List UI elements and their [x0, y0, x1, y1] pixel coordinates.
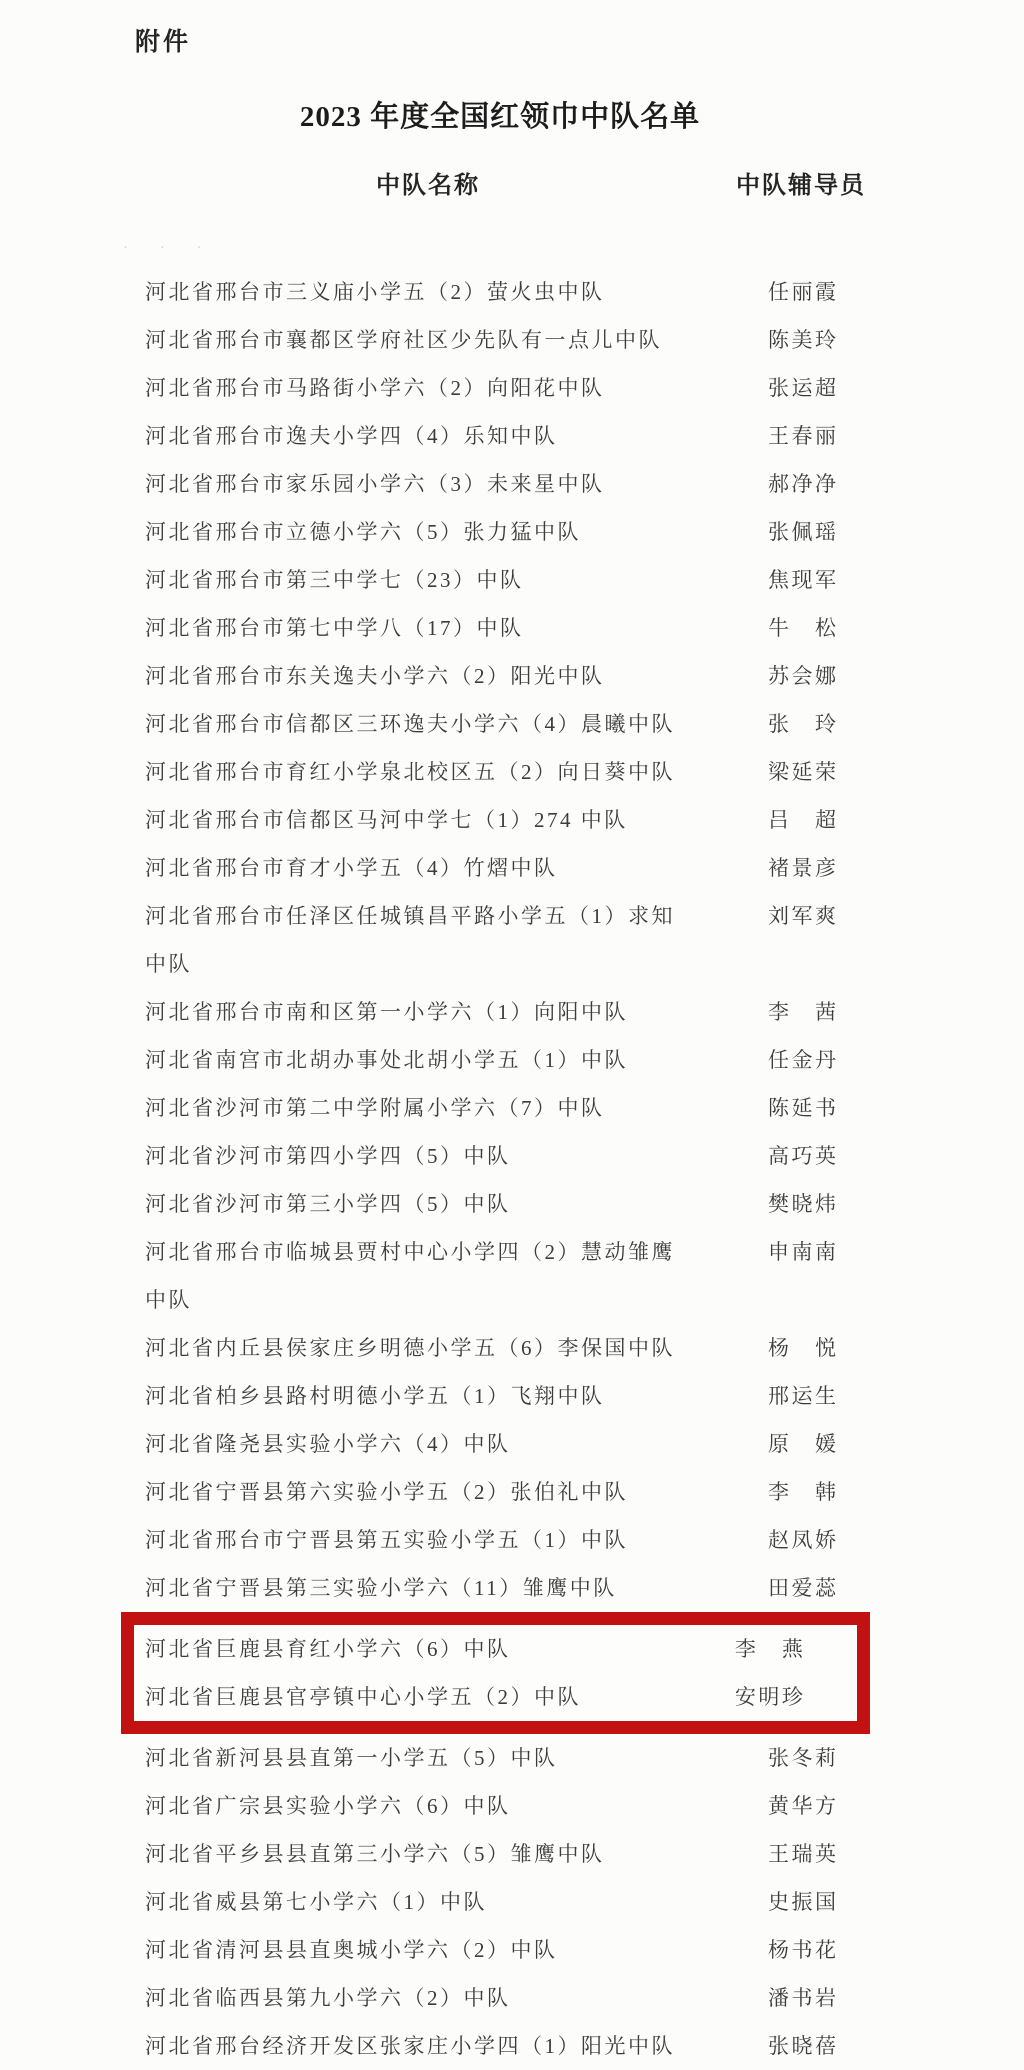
squad-name-cell: 河北省邢台经济开发区张家庄小学四（1）阳光中队	[145, 2022, 690, 2070]
counselor-name-cell: 申南南	[768, 1228, 898, 1276]
table-row: 河北省宁晋县第三实验小学六（11）雏鹰中队田爱蕊	[0, 1564, 1024, 1612]
squad-name-cell: 河北省南宫市北胡办事处北胡小学五（1）中队	[145, 1036, 690, 1084]
counselor-name-cell: 潘书岩	[768, 1974, 898, 2022]
table-row: 河北省邢台市立德小学六（5）张力猛中队张佩瑶	[0, 508, 1024, 556]
table-row: 河北省沙河市第二中学附属小学六（7）中队陈延书	[0, 1084, 1024, 1132]
counselor-name-cell: 李 韩	[768, 1468, 898, 1516]
table-row: 河北省邢台市南和区第一小学六（1）向阳中队李 茜	[0, 988, 1024, 1036]
squad-name-cell: 河北省广宗县实验小学六（6）中队	[145, 1782, 690, 1830]
squad-name-cell: 河北省平乡县县直第三小学六（5）雏鹰中队	[145, 1830, 690, 1878]
table-row: 河北省隆尧县实验小学六（4）中队原 媛	[0, 1420, 1024, 1468]
squad-name-cell: 河北省邢台市信都区三环逸夫小学六（4）晨曦中队	[145, 700, 690, 748]
table-row: 河北省新河县县直第一小学五（5）中队张冬莉	[0, 1734, 1024, 1782]
counselor-name-cell: 张冬莉	[768, 1734, 898, 1782]
counselor-name-cell: 郝净净	[768, 460, 898, 508]
squad-name-cell: 河北省沙河市第二中学附属小学六（7）中队	[145, 1084, 690, 1132]
table-row: 河北省邢台市宁晋县第五实验小学五（1）中队赵凤娇	[0, 1516, 1024, 1564]
table-row: 河北省邢台市三义庙小学五（2）萤火虫中队任丽霞	[0, 268, 1024, 316]
counselor-name-cell: 李 茜	[768, 988, 898, 1036]
squad-name-cell: 河北省巨鹿县官亭镇中心小学五（2）中队	[145, 1673, 657, 1721]
table-row: 河北省沙河市第三小学四（5）中队樊晓炜	[0, 1180, 1024, 1228]
table-row: 河北省邢台市育才小学五（4）竹熠中队褚景彦	[0, 844, 1024, 892]
counselor-name-cell: 黄华方	[768, 1782, 898, 1830]
squad-name-cell: 河北省新河县县直第一小学五（5）中队	[145, 1734, 690, 1782]
attachment-label: 附件	[135, 22, 1024, 58]
counselor-name-cell: 杨书花	[768, 1926, 898, 1974]
counselor-name-cell: 梁延荣	[768, 748, 898, 796]
squad-name-cell: 河北省清河县县直奥城小学六（2）中队	[145, 1926, 690, 1974]
table-row: 河北省南宫市北胡办事处北胡小学五（1）中队任金丹	[0, 1036, 1024, 1084]
counselor-name-cell: 刘军爽	[768, 892, 898, 940]
table-row: 河北省邢台市临城县贾村中心小学四（2）慧动雏鹰中队申南南	[0, 1228, 1024, 1324]
table-row: 河北省内丘县侯家庄乡明德小学五（6）李保国中队杨 悦	[0, 1324, 1024, 1372]
squad-name-cell: 河北省邢台市第三中学七（23）中队	[145, 556, 690, 604]
table-row: 河北省邢台市任泽区任城镇昌平路小学五（1）求知中队刘军爽	[0, 892, 1024, 988]
squad-name-cell: 河北省邢台市三义庙小学五（2）萤火虫中队	[145, 268, 690, 316]
table-row: 河北省巨鹿县官亭镇中心小学五（2）中队安明珍	[145, 1673, 857, 1721]
counselor-name-cell: 原 媛	[768, 1420, 898, 1468]
table-row: 河北省威县第七小学六（1）中队史振国	[0, 1878, 1024, 1926]
counselor-name-cell: 安明珍	[735, 1673, 857, 1721]
counselor-name-cell: 杨 悦	[768, 1324, 898, 1372]
counselor-name-cell: 张运超	[768, 364, 898, 412]
squad-name-cell: 河北省隆尧县实验小学六（4）中队	[145, 1420, 690, 1468]
table-row: 河北省邢台市第三中学七（23）中队焦现军	[0, 556, 1024, 604]
squad-name-cell: 河北省邢台市临城县贾村中心小学四（2）慧动雏鹰中队	[145, 1228, 690, 1324]
table-rows-before-highlight: 河北省邢台市三义庙小学五（2）萤火虫中队任丽霞河北省邢台市襄都区学府社区少先队有…	[0, 268, 1024, 1612]
squad-name-cell: 河北省宁晋县第三实验小学六（11）雏鹰中队	[145, 1564, 690, 1612]
squad-name-cell: 河北省邢台市育才小学五（4）竹熠中队	[145, 844, 690, 892]
counselor-name-cell: 田爱蕊	[768, 1564, 898, 1612]
counselor-name-cell: 牛 松	[768, 604, 898, 652]
counselor-name-cell: 李 燕	[735, 1625, 857, 1673]
squad-name-cell: 河北省沙河市第四小学四（5）中队	[145, 1132, 690, 1180]
table-row: 河北省邢台市第七中学八（17）中队牛 松	[0, 604, 1024, 652]
table-row: 河北省邢台市逸夫小学四（4）乐知中队王春丽	[0, 412, 1024, 460]
squad-table: 河北省邢台市三义庙小学五（2）萤火虫中队任丽霞河北省邢台市襄都区学府社区少先队有…	[0, 268, 1024, 2070]
table-row: 河北省邢台市东关逸夫小学六（2）阳光中队苏会娜	[0, 652, 1024, 700]
counselor-name-cell: 高巧英	[768, 1132, 898, 1180]
table-header-row: 中队名称 中队辅导员	[0, 165, 1024, 200]
table-row: 河北省邢台市信都区马河中学七（1）274 中队吕 超	[0, 796, 1024, 844]
page-title: 2023 年度全国红领巾中队名单	[110, 94, 890, 135]
squad-name-cell: 河北省邢台市立德小学六（5）张力猛中队	[145, 508, 690, 556]
table-row: 河北省邢台经济开发区张家庄小学四（1）阳光中队张晓蓓	[0, 2022, 1024, 2070]
squad-name-cell: 河北省柏乡县路村明德小学五（1）飞翔中队	[145, 1372, 690, 1420]
table-rows-after-highlight: 河北省新河县县直第一小学五（5）中队张冬莉河北省广宗县实验小学六（6）中队黄华方…	[0, 1734, 1024, 2070]
squad-name-cell: 河北省邢台市任泽区任城镇昌平路小学五（1）求知中队	[145, 892, 690, 988]
counselor-name-cell: 张晓蓓	[768, 2022, 898, 2070]
table-row: 河北省邢台市信都区三环逸夫小学六（4）晨曦中队张 玲	[0, 700, 1024, 748]
squad-name-cell: 河北省邢台市东关逸夫小学六（2）阳光中队	[145, 652, 690, 700]
counselor-name-cell: 赵凤娇	[768, 1516, 898, 1564]
counselor-name-cell: 陈美玲	[768, 316, 898, 364]
table-row: 河北省邢台市襄都区学府社区少先队有一点儿中队陈美玲	[0, 316, 1024, 364]
squad-name-cell: 河北省邢台市逸夫小学四（4）乐知中队	[145, 412, 690, 460]
highlight-box: 河北省巨鹿县育红小学六（6）中队李 燕河北省巨鹿县官亭镇中心小学五（2）中队安明…	[121, 1612, 870, 1734]
squad-name-cell: 河北省临西县第九小学六（2）中队	[145, 1974, 690, 2022]
squad-name-cell: 河北省内丘县侯家庄乡明德小学五（6）李保国中队	[145, 1324, 690, 1372]
squad-name-cell: 河北省巨鹿县育红小学六（6）中队	[145, 1625, 657, 1673]
table-row: 河北省邢台市马路街小学六（2）向阳花中队张运超	[0, 364, 1024, 412]
counselor-name-cell: 张佩瑶	[768, 508, 898, 556]
table-row: 河北省邢台市育红小学泉北校区五（2）向日葵中队梁延荣	[0, 748, 1024, 796]
table-row: 河北省柏乡县路村明德小学五（1）飞翔中队邢运生	[0, 1372, 1024, 1420]
squad-name-cell: 河北省邢台市南和区第一小学六（1）向阳中队	[145, 988, 690, 1036]
counselor-name-cell: 史振国	[768, 1878, 898, 1926]
table-row: 河北省邢台市家乐园小学六（3）未来星中队郝净净	[0, 460, 1024, 508]
counselor-name-cell: 任丽霞	[768, 268, 898, 316]
counselor-name-cell: 王春丽	[768, 412, 898, 460]
counselor-name-cell: 樊晓炜	[768, 1180, 898, 1228]
column-header-squad-name: 中队名称	[376, 165, 480, 200]
squad-name-cell: 河北省邢台市马路街小学六（2）向阳花中队	[145, 364, 690, 412]
counselor-name-cell: 吕 超	[768, 796, 898, 844]
counselor-name-cell: 焦现军	[768, 556, 898, 604]
counselor-name-cell: 褚景彦	[768, 844, 898, 892]
table-row: 河北省沙河市第四小学四（5）中队高巧英	[0, 1132, 1024, 1180]
counselor-name-cell: 王瑞英	[768, 1830, 898, 1878]
squad-name-cell: 河北省邢台市信都区马河中学七（1）274 中队	[145, 796, 690, 844]
table-row: 河北省巨鹿县育红小学六（6）中队李 燕	[145, 1625, 857, 1673]
squad-name-cell: 河北省邢台市家乐园小学六（3）未来星中队	[145, 460, 690, 508]
squad-name-cell: 河北省威县第七小学六（1）中队	[145, 1878, 690, 1926]
counselor-name-cell: 苏会娜	[768, 652, 898, 700]
scan-artifact-dots: · · ·	[123, 240, 1024, 260]
squad-name-cell: 河北省邢台市襄都区学府社区少先队有一点儿中队	[145, 316, 690, 364]
table-row: 河北省平乡县县直第三小学六（5）雏鹰中队王瑞英	[0, 1830, 1024, 1878]
counselor-name-cell: 任金丹	[768, 1036, 898, 1084]
column-header-counselor: 中队辅导员	[736, 165, 866, 200]
table-row: 河北省清河县县直奥城小学六（2）中队杨书花	[0, 1926, 1024, 1974]
squad-name-cell: 河北省邢台市第七中学八（17）中队	[145, 604, 690, 652]
squad-name-cell: 河北省沙河市第三小学四（5）中队	[145, 1180, 690, 1228]
counselor-name-cell: 陈延书	[768, 1084, 898, 1132]
counselor-name-cell: 张 玲	[768, 700, 898, 748]
table-row: 河北省宁晋县第六实验小学五（2）张伯礼中队李 韩	[0, 1468, 1024, 1516]
squad-name-cell: 河北省宁晋县第六实验小学五（2）张伯礼中队	[145, 1468, 690, 1516]
squad-name-cell: 河北省邢台市宁晋县第五实验小学五（1）中队	[145, 1516, 690, 1564]
table-row: 河北省临西县第九小学六（2）中队潘书岩	[0, 1974, 1024, 2022]
squad-name-cell: 河北省邢台市育红小学泉北校区五（2）向日葵中队	[145, 748, 690, 796]
table-row: 河北省广宗县实验小学六（6）中队黄华方	[0, 1782, 1024, 1830]
counselor-name-cell: 邢运生	[768, 1372, 898, 1420]
